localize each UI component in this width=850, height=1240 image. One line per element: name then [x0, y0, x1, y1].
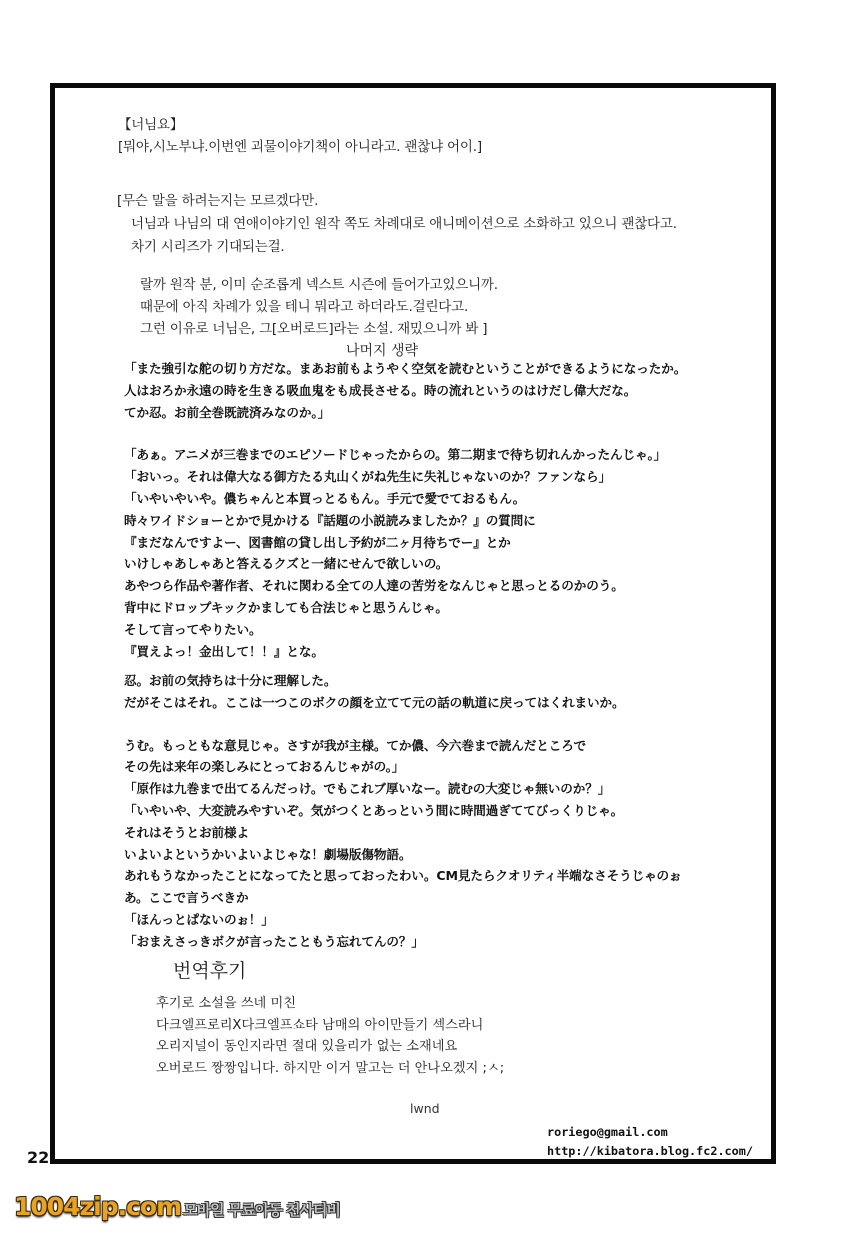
watermark-tagline: 모바일 무료야동 천사티비 [183, 1199, 340, 1220]
contact-url[interactable]: http://kibatora.blog.fc2.com/ [547, 1142, 753, 1161]
page-number: 22 [27, 1148, 49, 1167]
jp-line: 「おいっ。それは偉大なる御方たる丸山くがね先生に失礼じゃないのか？ファンなら」 [124, 466, 611, 488]
jp-line: うむ。もっともな意見じゃ。さすが我が主様。てか儂、今六巻まで読んだところで [124, 735, 586, 757]
omitted-note: 나머지 생략 [346, 340, 418, 360]
jp-line: 「あぁ。アニメが三巻までのエピソードじゃったからの。第二期まで待ち切れんかったん… [124, 444, 666, 466]
jp-line: そして言ってやりたい。 [124, 619, 261, 641]
jp-line: いけしゃあしゃあと答えるクズと一緒にせんで欲しいの。 [124, 553, 448, 575]
afterword-line: 다크엘프로리X다크엘프쇼타 남매의 아이만들기 섹스라니 [156, 1015, 504, 1037]
contact-block: roriego@gmail.com http://kibatora.blog.f… [547, 1123, 753, 1161]
afterword-title: 번역후기 [173, 956, 246, 983]
intro-para1-line: 너님과 나님의 대 연애이야기인 원작 쪽도 차례대로 애니메이션으로 소화하고… [131, 213, 677, 236]
watermark: 1004zip.com 모바일 무료야동 천사티비 [14, 1192, 340, 1221]
jp-line: あ。ここで言うべきか [124, 887, 248, 909]
afterword-line: 오버로드 짱짱입니다. 하지만 이거 말고는 더 안나오겠지 ;ㅅ; [156, 1058, 504, 1080]
intro-para2-line: 랄까 원작 분, 이미 순조롭게 넥스트 시즌에 들어가고있으니까. [140, 274, 498, 297]
jp-line: 「ほんっとぱないのぉ！」 [124, 909, 274, 931]
jp-line: 背中にドロップキックかましても合法じゃと思うんじゃ。 [124, 597, 448, 619]
intro-para2-line: 때문에 아직 차례가 있을 테니 뭐라고 하더라도.걸린다고. [140, 296, 468, 319]
jp-line: 「また強引な舵の切り方だな。まあお前もようやく空気を読むということができるように… [124, 358, 686, 380]
afterword-line: 후기로 소설을 쓰네 미친 [156, 993, 504, 1015]
afterword-line: 오리지널이 동인지라면 절대 있을리가 없는 소재네요 [156, 1036, 504, 1058]
jp-line: その先は来年の楽しみにとっておるんじゃがの。」 [124, 756, 404, 778]
intro-para2-line: 그런 이유로 너님은, 그[오버로드]라는 소설. 재밌으니까 봐 ] [140, 318, 487, 341]
jp-line: 人はおろか永遠の時を生きる吸血鬼をも成長させる。時の流れというのはけだし偉大だな… [124, 380, 636, 402]
intro-line: [뭐야,시노부냐.이번엔 괴물이야기책이 아니라고. 괜찮냐 어이.] [118, 136, 482, 159]
jp-line: それはそうとお前様よ [124, 822, 249, 844]
jp-line: あやつら作品や著作者、それに関わる全ての人達の苦労をなんじゃと思っとるのかのう。 [124, 575, 624, 597]
jp-line: いよいよというかいよいよじゃな！劇場版傷物語。 [124, 844, 411, 866]
intro-heading: 【너님요】 [118, 114, 183, 137]
jp-line: 「いやいや、大変読みやすいぞ。気がつくとあっという間に時間過ぎててびっくりじゃ。 [124, 800, 623, 822]
jp-line: 忍。お前の気持ちは十分に理解した。 [124, 670, 336, 692]
jp-line: 「おまえさっきボクが言ったこともう忘れてんの？」 [124, 931, 424, 953]
jp-line: 『買えよっ！金出して！！』とな。 [124, 641, 324, 663]
jp-line: だがそこはそれ。ここは一つこのボクの顔を立てて元の話の軌道に戻ってはくれまいか。 [124, 692, 625, 714]
jp-line: てか忍。お前全巻既読済みなのか。」 [124, 402, 330, 424]
translator-signature: lwnd [410, 1101, 440, 1116]
intro-para1-line: 차기 시리즈가 기대되는걸. [131, 236, 285, 259]
watermark-site: 1004zip.com [14, 1192, 181, 1221]
jp-line: 「原作は九巻まで出てるんだっけ。でもこれブ厚いなー。読むの大変じゃ無いのか？」 [124, 778, 610, 800]
jp-line: 「いやいやいや。儂ちゃんと本買っとるもん。手元で愛でておるもん。 [124, 488, 525, 510]
afterword-body: 후기로 소설을 쓰네 미친 다크엘프로리X다크엘프쇼타 남매의 아이만들기 섹스… [156, 993, 504, 1079]
jp-line: 『まだなんですよー、図書館の貸し出し予約が二ヶ月待ちでー』とか [124, 532, 511, 554]
jp-line: あれもうなかったことになってたと思っておったわい。CM見たらクオリティ半端なさそ… [124, 865, 681, 887]
contact-email[interactable]: roriego@gmail.com [547, 1123, 753, 1142]
intro-para1-line: [무슨 말을 하려는지는 모르겠다만. [117, 190, 318, 213]
jp-line: 時々ワイドショーとかで見かける『話題の小説読みましたか？』の質問に [124, 510, 536, 532]
